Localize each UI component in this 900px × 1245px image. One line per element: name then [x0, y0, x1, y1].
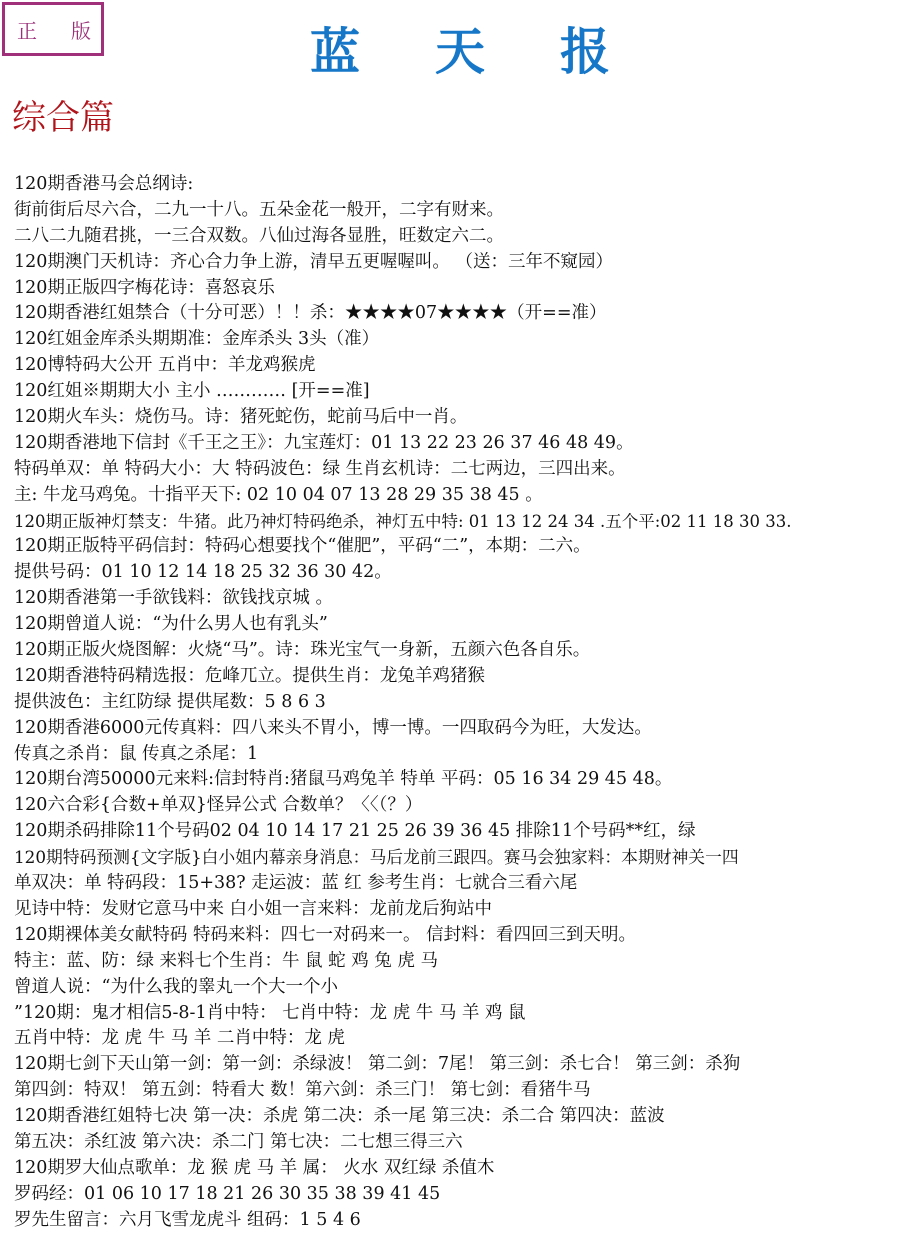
- text-line: 主: 牛龙马鸡兔。十指平天下: 02 10 04 07 13 28 29 35 …: [14, 483, 900, 509]
- text-line: 五肖中特：龙 虎 牛 马 羊 二肖中特：龙 虎: [14, 1026, 900, 1052]
- masthead-char-3: 报: [560, 22, 610, 82]
- text-line: 曾道人说：“为什么我的睾丸一个大一个小: [14, 975, 900, 1001]
- masthead-title: 蓝 天 报: [300, 22, 620, 82]
- masthead-char-1: 蓝: [310, 22, 360, 82]
- text-line: 罗码经：01 06 10 17 18 21 26 30 35 38 39 41 …: [14, 1182, 900, 1208]
- text-line: 120期香港红姐特七决 第一决：杀虎 第二决：杀一尾 第三决：杀二合 第四决：蓝…: [14, 1104, 900, 1130]
- zhengban-badge: 正 版: [2, 2, 104, 56]
- text-line: 二八二九随君挑，一三合双数。八仙过海各显胜，旺数定六二。: [14, 224, 900, 250]
- text-line: 120期正版火烧图解：火烧“马”。诗：珠光宝气一身新，五颜六色各自乐。: [14, 638, 900, 664]
- text-line: 120六合彩{合数+单双}怪异公式 合数单？〈〈（？）: [14, 793, 900, 819]
- text-line: 提供号码：01 10 12 14 18 25 32 36 30 42。: [14, 560, 900, 586]
- text-line: 120期罗大仙点歌单：龙 猴 虎 马 羊 属： 火水 双红绿 杀值木: [14, 1156, 900, 1182]
- text-line: 特主：蓝、防：绿 来料七个生肖：牛 鼠 蛇 鸡 兔 虎 马: [14, 949, 900, 975]
- text-line: 提供波色：主红防绿 提供尾数：5 8 6 3: [14, 690, 900, 716]
- text-line: 120期裸体美女献特码 特码来料：四七一对码来一。 信封料：看四回三到天明。: [14, 923, 900, 949]
- text-line: 120期火车头：烧伤马。诗：猪死蛇伤，蛇前马后中一肖。: [14, 405, 900, 431]
- section-title: 综合篇: [12, 96, 114, 140]
- text-line: 120期七剑下天山第一剑：第一剑：杀绿波！ 第二剑：7尾！ 第三剑：杀七合！ 第…: [14, 1052, 900, 1078]
- text-line: 120期香港6000元传真料：四八来头不胃小，博一博。一四取码今为旺，大发达。: [14, 716, 900, 742]
- text-line: 街前街后尽六合，二九一十八。五朵金花一般开，二字有财来。: [14, 198, 900, 224]
- masthead-char-2: 天: [435, 22, 485, 82]
- text-line: 120期香港地下信封《千王之王》：九宝莲灯：01 13 22 23 26 37 …: [14, 431, 900, 457]
- text-line: 120期香港特码精选报：危峰兀立。提供生肖：龙兔羊鸡猪猴: [14, 664, 900, 690]
- text-line: 特码单双：单 特码大小：大 特码波色：绿 生肖玄机诗：二七两边，三四出来。: [14, 457, 900, 483]
- text-line: 120期正版神灯禁支：牛猪。此乃神灯特码绝杀，神灯五中特: 01 13 12 2…: [14, 509, 900, 535]
- text-line: 传真之杀肖：鼠 传真之杀尾：1: [14, 742, 900, 768]
- text-line: 120期正版四字梅花诗：喜怒哀乐: [14, 276, 900, 302]
- text-line: 120红姐※期期大小 主小 ………… [开==准]: [14, 379, 900, 405]
- content-lines: 120期香港马会总纲诗: 街前街后尽六合，二九一十八。五朵金花一般开，二字有财来…: [14, 172, 900, 1234]
- text-line: 单双决：单 特码段：15+38? 走运波：蓝 红 参考生肖：七就合三看六尾: [14, 871, 900, 897]
- text-line: 120期澳门天机诗：齐心合力争上游，清早五更喔喔叫。 （送：三年不窥园）: [14, 250, 900, 276]
- text-line: 120期杀码排除11个号码02 04 10 14 17 21 25 26 39 …: [14, 819, 900, 845]
- text-line: 120期特码预测{文字版}白小姐内幕亲身消息：马后龙前三跟四。赛马会独家料：本期…: [14, 845, 900, 871]
- text-line: 120期香港第一手欲钱料：欲钱找京城 。: [14, 586, 900, 612]
- text-line: ”120期：鬼才相信5-8-1肖中特： 七肖中特：龙 虎 牛 马 羊 鸡 鼠: [14, 1001, 900, 1027]
- text-line: 120期香港马会总纲诗:: [14, 172, 900, 198]
- text-line: 120博特码大公开 五肖中：羊龙鸡猴虎: [14, 353, 900, 379]
- text-line: 第五决：杀红波 第六决：杀二门 第七决：二七想三得三六: [14, 1130, 900, 1156]
- text-line: 见诗中特：发财它意马中来 白小姐一言来料：龙前龙后狗站中: [14, 897, 900, 923]
- badge-right-char: 版: [71, 15, 91, 44]
- text-line: 120期香港红姐禁合（十分可恶）！！杀：★★★★07★★★★（开==准）: [14, 301, 900, 327]
- text-line: 120期正版特平码信封：特码心想要找个“催肥”，平码“二”，本期：二六。: [14, 534, 900, 560]
- text-line: 120期台湾50000元来料:信封特肖:猪鼠马鸡兔羊 特单 平码：05 16 3…: [14, 767, 900, 793]
- text-line: 罗先生留言：六月飞雪龙虎斗 组码：1 5 4 6: [14, 1208, 900, 1234]
- text-line: 120期曾道人说：“为什么男人也有乳头”: [14, 612, 900, 638]
- text-line: 120红姐金库杀头期期准：金库杀头 3头（准）: [14, 327, 900, 353]
- badge-left-char: 正: [17, 15, 37, 44]
- text-line: 第四剑：特双！ 第五剑：特看大 数！第六剑：杀三门！ 第七剑：看猪牛马: [14, 1078, 900, 1104]
